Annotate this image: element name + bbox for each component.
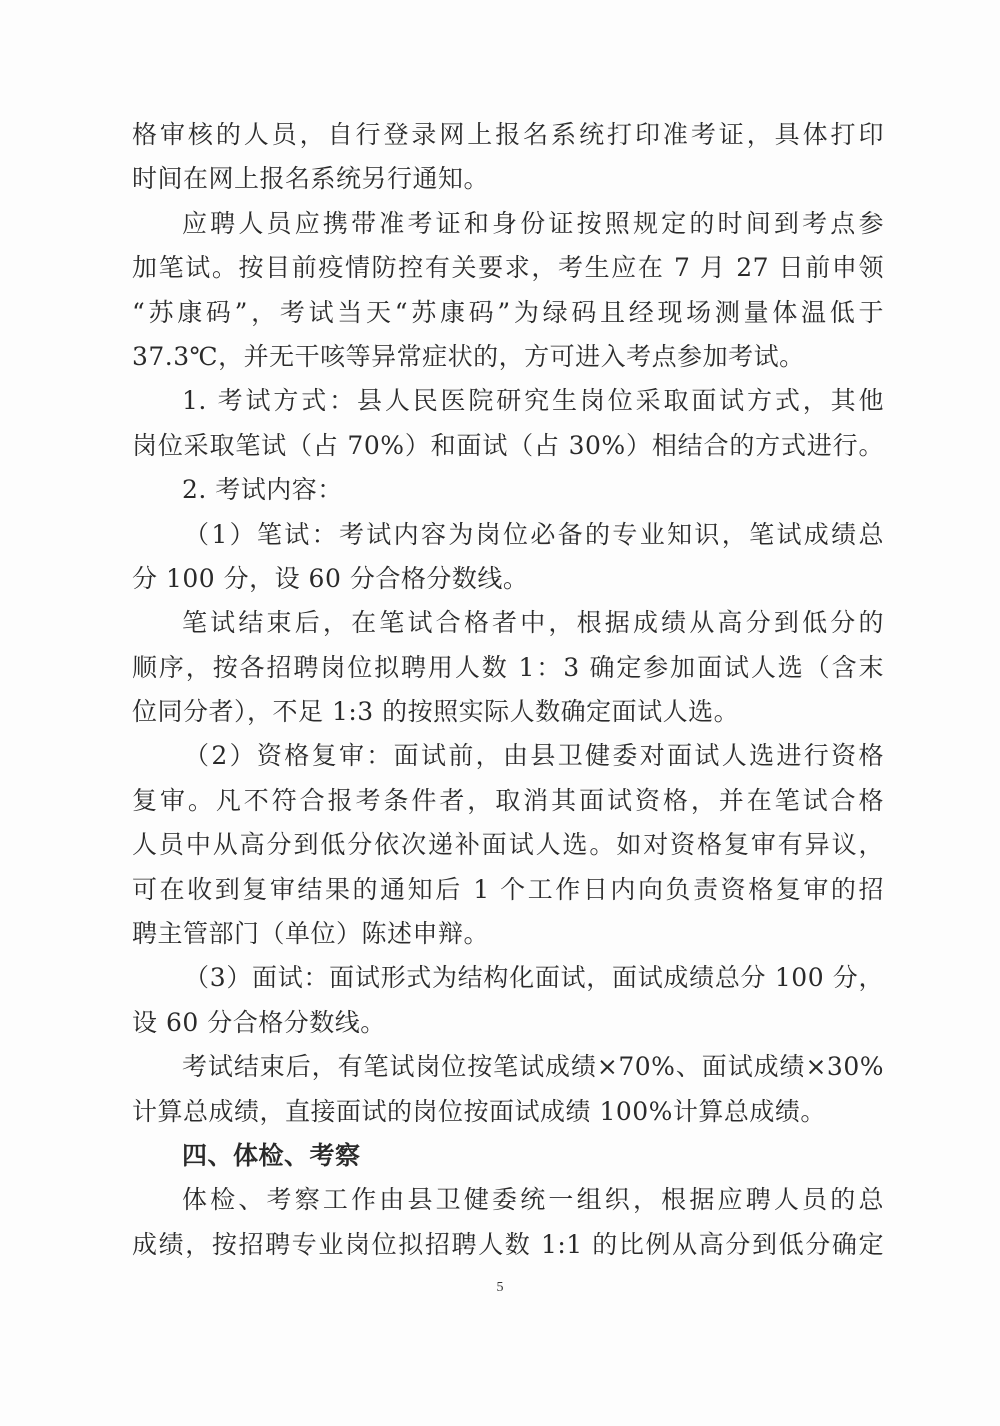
text-line: 加笔试。按目前疫情防控有关要求，考生应在 7 月 27 日前申领 xyxy=(132,246,884,290)
text-line: 格审核的人员，自行登录网上报名系统打印准考证，具体打印 xyxy=(132,113,884,157)
text-line: 聘主管部门（单位）陈述申辩。 xyxy=(132,912,884,956)
text-line: “苏康码”，考试当天“苏康码”为绿码且经现场测量体温低于 xyxy=(132,291,884,335)
text-line: 岗位采取笔试（占 70%）和面试（占 30%）相结合的方式进行。 xyxy=(132,424,884,468)
text-line: 37.3℃，并无干咳等异常症状的，方可进入考点参加考试。 xyxy=(132,335,884,379)
list-item-exam-content: 2. 考试内容： xyxy=(132,468,884,512)
paragraph-start: 应聘人员应携带准考证和身份证按照规定的时间到考点参 xyxy=(132,202,884,246)
text-line: 可在收到复审结果的通知后 1 个工作日内向负责资格复审的招 xyxy=(132,868,884,912)
page-number: 5 xyxy=(0,1280,1000,1296)
section-heading: 四、体检、考察 xyxy=(132,1134,884,1178)
text-line: 计算总成绩，直接面试的岗位按面试成绩 100%计算总成绩。 xyxy=(132,1090,884,1134)
subitem-qualification-review: （2）资格复审：面试前，由县卫健委对面试人选进行资格 xyxy=(132,734,884,778)
text-line: 设 60 分合格分数线。 xyxy=(132,1001,884,1045)
text-line: 复审。凡不符合报考条件者，取消其面试资格，并在笔试合格 xyxy=(132,779,884,823)
text-line: 顺序，按各招聘岗位拟聘用人数 1：3 确定参加面试人选（含末 xyxy=(132,646,884,690)
text-line: 分 100 分，设 60 分合格分数线。 xyxy=(132,557,884,601)
paragraph-start: 笔试结束后，在笔试合格者中，根据成绩从高分到低分的 xyxy=(132,601,884,645)
paragraph-start: 体检、考察工作由县卫健委统一组织，根据应聘人员的总 xyxy=(132,1178,884,1222)
subitem-written-exam: （1）笔试：考试内容为岗位必备的专业知识，笔试成绩总 xyxy=(132,513,884,557)
text-line: 人员中从高分到低分依次递补面试人选。如对资格复审有异议， xyxy=(132,823,884,867)
list-item-exam-method: 1. 考试方式：县人民医院研究生岗位采取面试方式，其他 xyxy=(132,379,884,423)
paragraph-start: 考试结束后，有笔试岗位按笔试成绩×70%、面试成绩×30% xyxy=(132,1045,884,1089)
document-body: 格审核的人员，自行登录网上报名系统打印准考证，具体打印 时间在网上报名系统另行通… xyxy=(132,113,884,1267)
text-line: 位同分者），不足 1:3 的按照实际人数确定面试人选。 xyxy=(132,690,884,734)
text-line: 成绩，按招聘专业岗位拟招聘人数 1:1 的比例从高分到低分确定 xyxy=(132,1223,884,1267)
text-line: 时间在网上报名系统另行通知。 xyxy=(132,157,884,201)
subitem-interview: （3）面试：面试形式为结构化面试，面试成绩总分 100 分， xyxy=(132,956,884,1000)
